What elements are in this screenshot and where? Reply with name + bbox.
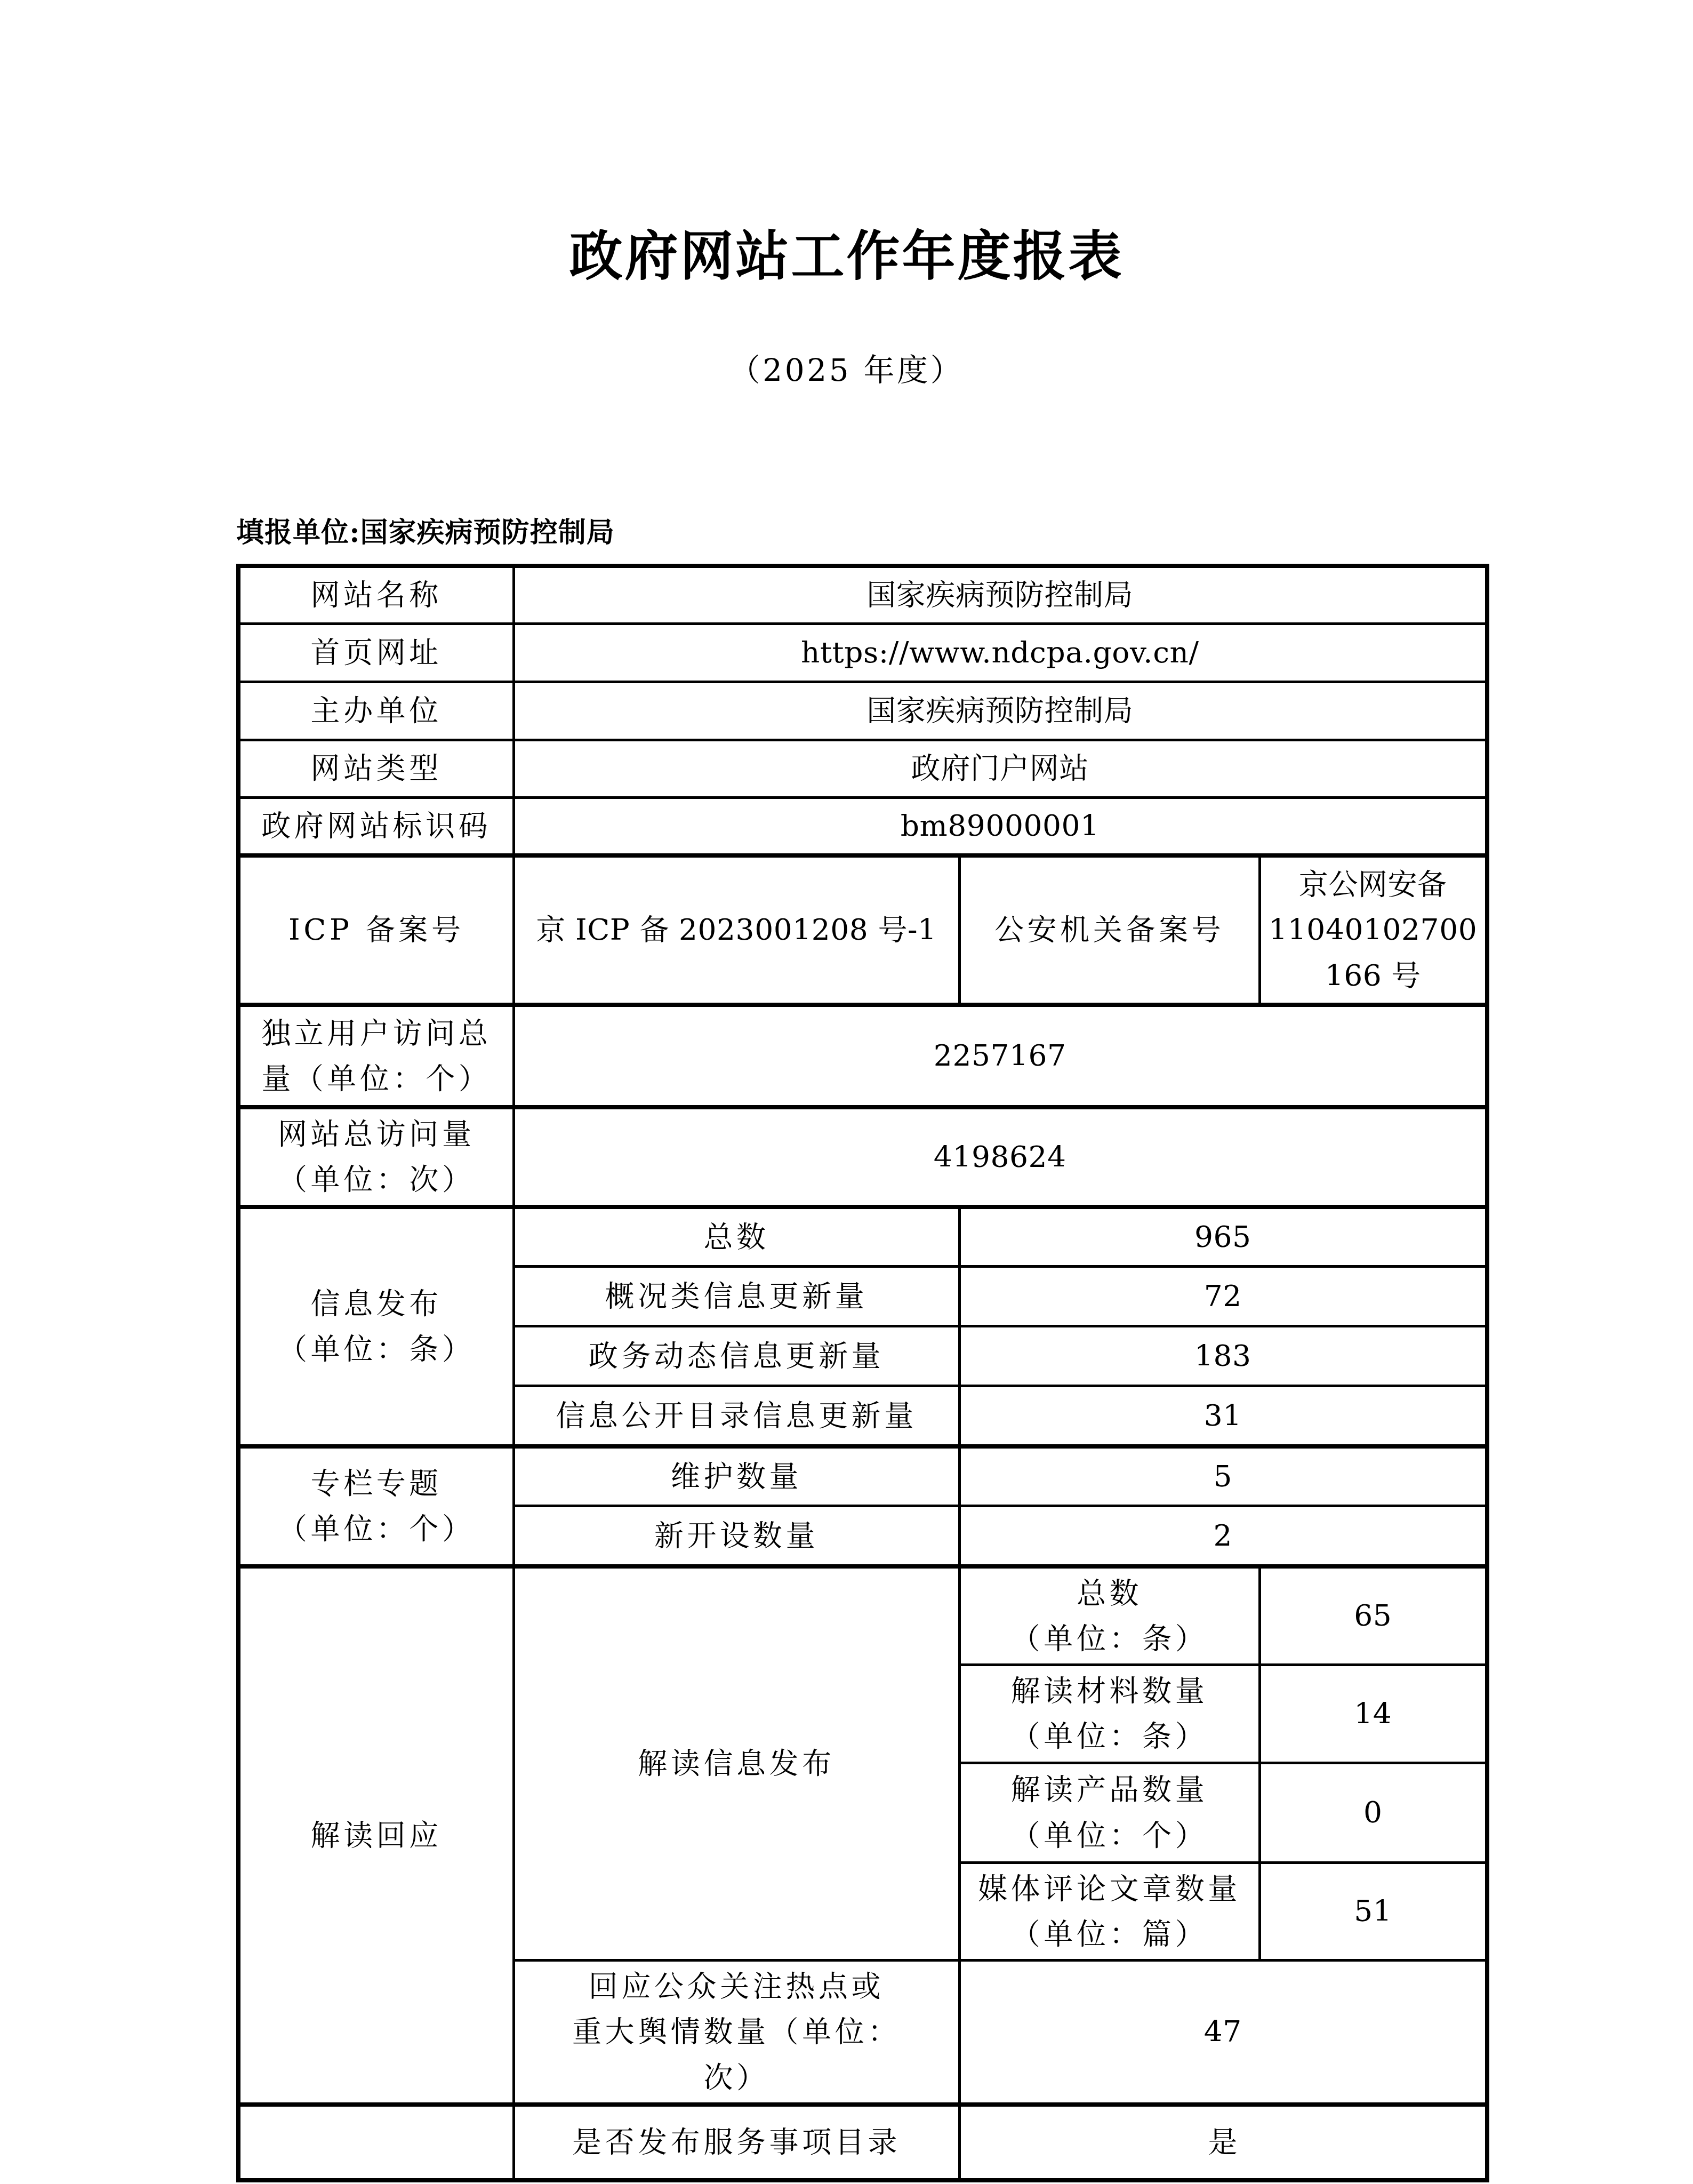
public-response-value: 47 <box>959 1961 1487 2105</box>
gov-news-value: 183 <box>959 1326 1487 1386</box>
interpretation-section-label: 解读回应 <box>238 1566 513 2105</box>
public-response-label: 回应公众关注热点或 重大舆情数量（单位： 次） <box>513 1961 959 2105</box>
interp-publish-label: 解读信息发布 <box>513 1566 959 1961</box>
reporting-unit: 填报单位:国家疾病预防控制局 <box>236 516 615 549</box>
columns-maintained-label: 维护数量 <box>513 1446 959 1506</box>
gov-news-label: 政务动态信息更新量 <box>513 1326 959 1386</box>
service-section-empty-cell <box>238 2105 513 2180</box>
service-catalog-row: 是否发布服务事项目录 是 <box>238 2105 1487 2180</box>
interp-material-label: 解读材料数量 （单位：条） <box>959 1665 1259 1763</box>
columns-new-label: 新开设数量 <box>513 1506 959 1566</box>
info-catalog-value: 31 <box>959 1386 1487 1446</box>
site-type-value: 政府门户网站 <box>513 740 1487 797</box>
interp-product-value: 0 <box>1259 1763 1487 1862</box>
site-code-value: bm89000001 <box>513 797 1487 855</box>
interp-media-value: 51 <box>1259 1862 1487 1961</box>
special-columns-section-label: 专栏专题 （单位：个） <box>238 1446 513 1566</box>
site-name-value: 国家疾病预防控制局 <box>513 566 1487 623</box>
annual-report-table: 网站名称 国家疾病预防控制局 首页网址 https://www.ndcpa.go… <box>236 564 1489 2182</box>
home-url-row: 首页网址 https://www.ndcpa.gov.cn/ <box>238 623 1487 682</box>
interp-material-value: 14 <box>1259 1665 1487 1763</box>
interp-product-label: 解读产品数量 （单位：个） <box>959 1763 1259 1862</box>
sponsor-label: 主办单位 <box>238 682 513 740</box>
report-page: 政府网站工作年度报表 （2025 年度） 填报单位:国家疾病预防控制局 网站名称… <box>0 0 1693 2184</box>
columns-maintained-value: 5 <box>959 1446 1487 1506</box>
service-catalog-value: 是 <box>959 2105 1487 2180</box>
interp-total-value: 65 <box>1259 1566 1487 1665</box>
police-record-value: 京公网安备 11040102700 166 号 <box>1259 855 1487 1005</box>
site-name-label: 网站名称 <box>238 566 513 623</box>
sponsor-value: 国家疾病预防控制局 <box>513 682 1487 740</box>
info-publish-section-label: 信息发布 （单位：条） <box>238 1207 513 1446</box>
site-name-row: 网站名称 国家疾病预防控制局 <box>238 566 1487 623</box>
icp-label: ICP 备案号 <box>238 855 513 1005</box>
site-code-row: 政府网站标识码 bm89000001 <box>238 797 1487 855</box>
police-record-label: 公安机关备案号 <box>959 855 1259 1005</box>
info-publish-total-label: 总数 <box>513 1207 959 1267</box>
info-overview-value: 72 <box>959 1267 1487 1326</box>
site-type-label: 网站类型 <box>238 740 513 797</box>
sponsor-row: 主办单位 国家疾病预防控制局 <box>238 682 1487 740</box>
site-type-row: 网站类型 政府门户网站 <box>238 740 1487 797</box>
columns-new-value: 2 <box>959 1506 1487 1566</box>
interp-total-row: 解读回应 解读信息发布 总数 （单位：条） 65 <box>238 1566 1487 1665</box>
total-visits-label: 网站总访问量 （单位：次） <box>238 1107 513 1207</box>
unique-visitors-row: 独立用户访问总 量（单位：个） 2257167 <box>238 1005 1487 1107</box>
interp-total-label: 总数 （单位：条） <box>959 1566 1259 1665</box>
columns-maintained-row: 专栏专题 （单位：个） 维护数量 5 <box>238 1446 1487 1506</box>
home-url-value: https://www.ndcpa.gov.cn/ <box>513 623 1487 682</box>
icp-value: 京 ICP 备 2023001208 号-1 <box>513 855 959 1005</box>
unique-visitors-label: 独立用户访问总 量（单位：个） <box>238 1005 513 1107</box>
info-catalog-label: 信息公开目录信息更新量 <box>513 1386 959 1446</box>
info-publish-total-value: 965 <box>959 1207 1487 1267</box>
service-catalog-label: 是否发布服务事项目录 <box>513 2105 959 2180</box>
home-url-label: 首页网址 <box>238 623 513 682</box>
total-visits-value: 4198624 <box>513 1107 1487 1207</box>
page-title: 政府网站工作年度报表 <box>0 224 1693 288</box>
total-visits-row: 网站总访问量 （单位：次） 4198624 <box>238 1107 1487 1207</box>
info-overview-label: 概况类信息更新量 <box>513 1267 959 1326</box>
site-code-label: 政府网站标识码 <box>238 797 513 855</box>
interp-media-label: 媒体评论文章数量 （单位：篇） <box>959 1862 1259 1961</box>
unique-visitors-value: 2257167 <box>513 1005 1487 1107</box>
info-publish-total-row: 信息发布 （单位：条） 总数 965 <box>238 1207 1487 1267</box>
page-subtitle: （2025 年度） <box>0 352 1693 389</box>
icp-row: ICP 备案号 京 ICP 备 2023001208 号-1 公安机关备案号 京… <box>238 855 1487 1005</box>
